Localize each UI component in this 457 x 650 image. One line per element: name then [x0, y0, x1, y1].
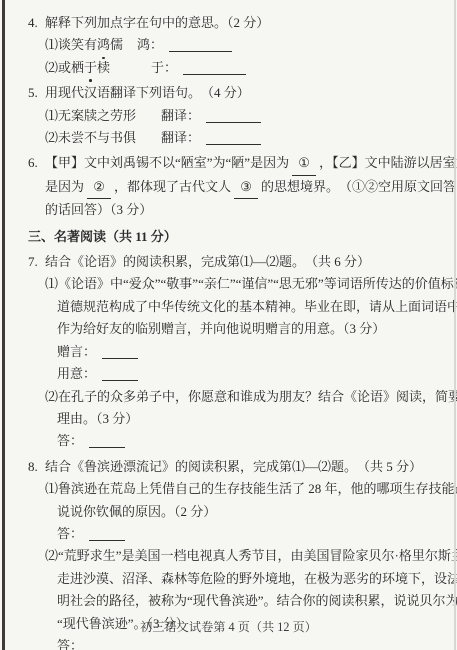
q4-item-1-post: 儒: [110, 37, 123, 52]
q7-item-1-intention-row: 用意：: [57, 363, 443, 385]
q7-title: 7.结合《论语》的阅读积累，完成第⑴—⑵题。 （共 6 分）: [28, 251, 443, 273]
q4-item-1-dotted-char: 鸿: [97, 34, 110, 56]
q7-title-text: 结合《论语》的阅读积累，完成第⑴—⑵题。 （共 6 分）: [45, 254, 370, 269]
answer-blank: [89, 434, 125, 448]
q5-item-2-phrase: ⑵未尝不与书俱: [45, 127, 137, 149]
q8-item-2-answer-label: 答：: [57, 638, 83, 650]
q4-item-2-dotted-char: 于: [84, 57, 97, 79]
answer-blank: [206, 131, 261, 145]
exam-paper-page: 4.解释下列加点字在句中的意思。（2 分） ⑴谈笑有鸿儒鸿： ⑵或栖于椟于： 5…: [0, 0, 457, 650]
q4-item-2-pre: ⑵或栖: [45, 60, 84, 75]
q8-number: 8.: [28, 456, 45, 478]
q6-text-2b: ，都体现了古代文人: [114, 179, 231, 194]
q6-line-2: 是因为②，都体现了古代文人③的思想境界。 （①②空用原文回答，③空用自己: [45, 176, 443, 199]
answer-blank: [183, 61, 246, 75]
q7-answer-label: 答：: [57, 433, 83, 448]
q4-item-2-post: 椟: [97, 60, 110, 75]
answer-blank: [169, 38, 232, 52]
q6-blank-3: ③: [234, 176, 258, 199]
q8-item-1-answer-label: 答：: [57, 526, 83, 541]
q4-number: 4.: [28, 12, 45, 34]
q7-item-2-answer-row: 答：: [57, 430, 443, 452]
q6-text-1b: ，【乙】文中陆游以居室为“巢”: [319, 155, 457, 170]
q7-intention-label: 用意：: [57, 366, 96, 381]
q8-item-2-line-2: 走进沙漠、沼泽、森林等危险的野外境地，在极为恶劣的环境下，设法寻找回到文: [57, 568, 443, 590]
q4-title: 4.解释下列加点字在句中的意思。（2 分）: [28, 12, 443, 34]
q7-gift-words-label: 赠言：: [57, 344, 96, 359]
page-content: 4.解释下列加点字在句中的意思。（2 分） ⑴谈笑有鸿儒鸿： ⑵或栖于椟于： 5…: [0, 0, 457, 650]
question-5: 5.用现代汉语翻译下列语句。 （4 分） ⑴无案牍之劳形翻译： ⑵未尝不与书俱翻…: [28, 82, 443, 149]
page-footer: 初三语文试卷第 4 页（共 12 页）: [0, 616, 457, 638]
q5-item-1-phrase: ⑴无案牍之劳形: [45, 105, 137, 127]
q4-item-1: ⑴谈笑有鸿儒鸿：: [45, 34, 443, 56]
answer-blank: [89, 527, 125, 541]
answer-blank: [102, 345, 138, 359]
answer-blank: [102, 367, 138, 381]
q8-item-2-line-1: ⑵“荒野求生”是美国一档电视真人秀节目，由美国冒险家贝尔·格里尔斯主持，他: [45, 545, 443, 567]
q4-title-text: 解释下列加点字在句中的意思。（2 分）: [45, 15, 269, 30]
q8-item-1-line-1: ⑴鲁滨逊在荒岛上凭借自己的生存技能生活了 28 年，他的哪项生存技能最令你钦佩？: [45, 478, 443, 500]
q5-item-1-answer-label: 翻译：: [161, 108, 200, 123]
scan-edge-left: [2, 0, 5, 650]
q7-item-2-line-1: ⑵在孔子的众多弟子中，你愿意和谁成为朋友？结合《论语》阅读，简要说明选择的: [45, 386, 443, 408]
section-3-header: 三、名著阅读（共 11 分）: [28, 226, 443, 248]
q6-line-3: 的话回答）（3 分）: [45, 199, 443, 221]
q4-item-1-answer-label: 鸿：: [137, 37, 163, 52]
scan-edge-right: [454, 0, 456, 650]
q5-title: 5.用现代汉语翻译下列语句。 （4 分）: [28, 82, 443, 104]
q6-number: 6.: [28, 152, 45, 174]
q4-item-2: ⑵或栖于椟于：: [45, 57, 443, 79]
q5-item-2: ⑵未尝不与书俱翻译：: [45, 127, 443, 149]
q6-blank-1: ①: [292, 152, 316, 175]
q5-item-2-answer-label: 翻译：: [161, 130, 200, 145]
q6-text-1a: 【甲】文中刘禹锡不以“陋室”为“陋”是因为: [45, 155, 289, 170]
answer-blank: [89, 639, 125, 650]
q5-item-1: ⑴无案牍之劳形翻译：: [45, 105, 443, 127]
q7-item-1-line-1: ⑴《论语》中“爱众”“敬事”“亲仁”“谨信”“思无邪”等词语所传达的价值标准和: [45, 273, 443, 295]
q6-line-1: 6.【甲】文中刘禹锡不以“陋室”为“陋”是因为①，【乙】文中陆游以居室为“巢”: [28, 152, 443, 175]
q7-item-1-gift-words-row: 赠言：: [57, 341, 443, 363]
q8-title: 8.结合《鲁滨逊漂流记》的阅读积累，完成第⑴—⑵题。 （共 5 分）: [28, 456, 443, 478]
question-6: 6.【甲】文中刘禹锡不以“陋室”为“陋”是因为①，【乙】文中陆游以居室为“巢” …: [28, 152, 443, 221]
q6-text-2c: 的思想境界。 （①②空用原文回答，③空用自己: [261, 179, 457, 194]
q8-title-text: 结合《鲁滨逊漂流记》的阅读积累，完成第⑴—⑵题。 （共 5 分）: [45, 459, 422, 474]
q6-blank-2: ②: [87, 176, 111, 199]
answer-blank: [206, 109, 261, 123]
q7-item-1-line-2: 道德规范构成了中华传统文化的基本精神。毕业在即，请从上面词语中任选一个，: [57, 296, 443, 318]
q4-item-2-phrase: ⑵或栖于椟: [45, 57, 110, 79]
question-4: 4.解释下列加点字在句中的意思。（2 分） ⑴谈笑有鸿儒鸿： ⑵或栖于椟于：: [28, 12, 443, 79]
q4-item-2-answer-label: 于：: [151, 60, 177, 75]
q4-item-1-pre: ⑴谈笑有: [45, 37, 97, 52]
q8-item-2-line-3: 明社会的路径，被称为“现代鲁滨逊”。结合你的阅读积累，说说贝尔为什么被称为: [57, 590, 443, 612]
q7-number: 7.: [28, 251, 45, 273]
q5-number: 5.: [28, 82, 45, 104]
q8-item-1-answer-row: 答：: [57, 523, 443, 545]
q6-text-2a: 是因为: [45, 179, 84, 194]
q5-title-text: 用现代汉语翻译下列语句。 （4 分）: [45, 85, 250, 100]
question-7: 7.结合《论语》的阅读积累，完成第⑴—⑵题。 （共 6 分） ⑴《论语》中“爱众…: [28, 251, 443, 453]
q8-item-1-line-2: 说说你钦佩的原因。（2 分）: [57, 501, 443, 523]
q7-item-1-line-3: 作为给好友的临别赠言，并向他说明赠言的用意。（3 分）: [57, 318, 443, 340]
q4-item-1-phrase: ⑴谈笑有鸿儒: [45, 34, 123, 56]
q7-item-2-line-2: 理由。（3 分）: [57, 408, 443, 430]
